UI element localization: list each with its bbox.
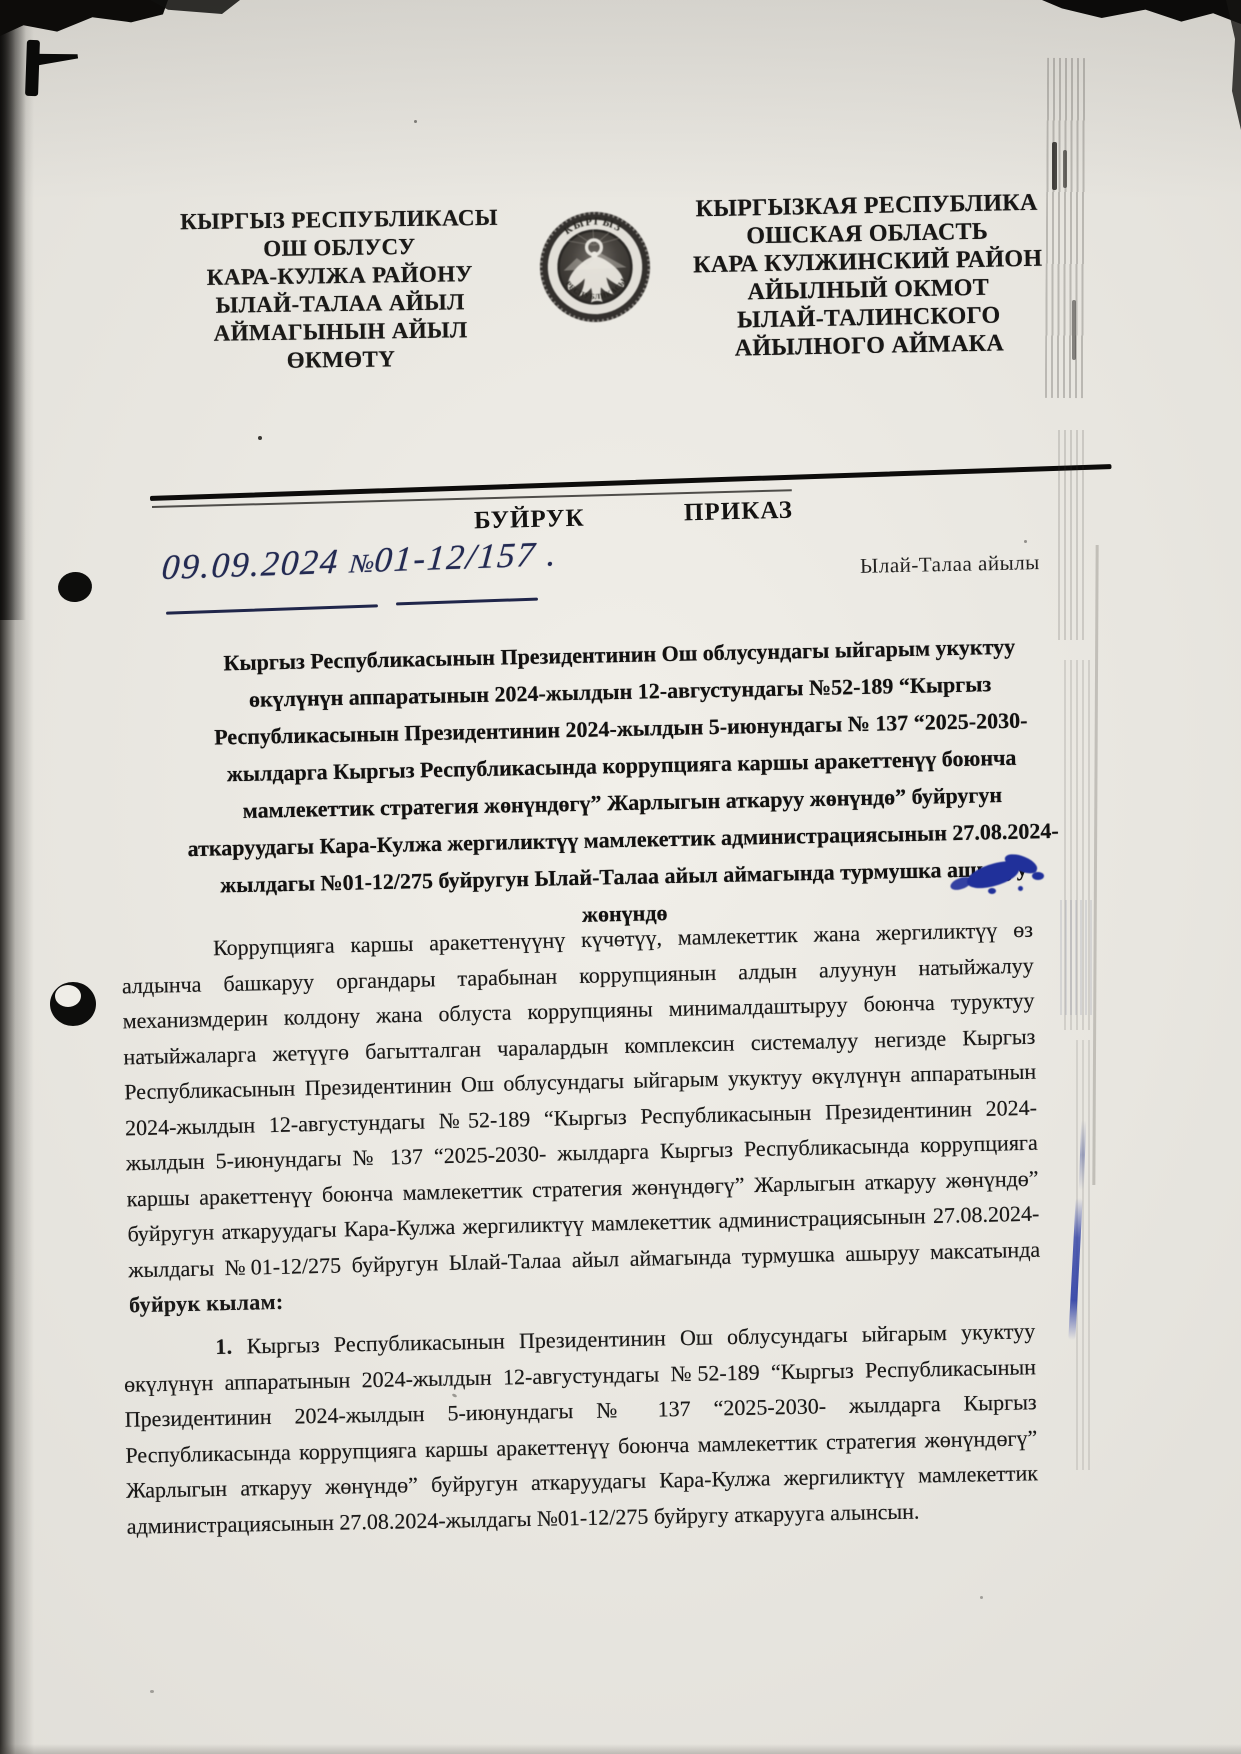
scan-streaks xyxy=(1045,58,1087,398)
dust-speck xyxy=(1024,540,1027,543)
corner-bracket-mark xyxy=(25,40,40,96)
blue-ink-blot xyxy=(948,852,1058,907)
dust-speck xyxy=(258,436,262,440)
scan-streaks xyxy=(1058,430,1088,640)
preamble-text: Коррупцияга каршы аракеттенүүнү күчөтүү,… xyxy=(122,917,1041,1282)
doc-type-kyrgyz: БУЙРУК xyxy=(474,505,585,536)
emblem-graphic: КЫРГЫЗ РЕСПУБЛИКАСЫ xyxy=(533,205,657,329)
dust-speck xyxy=(150,1690,154,1693)
doc-type-russian: ПРИКАЗ xyxy=(684,497,794,528)
item-number: 1. xyxy=(215,1334,233,1359)
scan-edge-left-dark xyxy=(0,0,26,620)
issue-place: Ылай-Талаа айылы xyxy=(860,550,1040,579)
scan-mark xyxy=(1063,150,1067,188)
item-text: Кыргыз Республикасынын Президентинин Ош … xyxy=(124,1318,1038,1538)
number-sign: № xyxy=(349,549,376,579)
letterhead-line: ӨКМӨТҮ xyxy=(173,344,509,377)
scan-mark xyxy=(1052,142,1057,190)
kyrgyz-coat-of-arms-emblem: КЫРГЫЗ РЕСПУБЛИКАСЫ xyxy=(533,205,657,329)
handwritten-date: 09.09.2024 xyxy=(160,542,341,587)
scanned-order-page: КЫРГЫЗ РЕСПУБЛИКАСЫ ОШ ОБЛУСУ КАРА-КУЛЖА… xyxy=(0,0,1241,1754)
preamble-paragraph: Коррупцияга каршы аракеттенүүнү күчөтүү,… xyxy=(121,912,1042,1323)
scan-edge-bottom xyxy=(0,1744,1241,1754)
letterhead-kyrgyz: КЫРГЫЗ РЕСПУБЛИКАСЫ ОШ ОБЛУСУ КАРА-КУЛЖА… xyxy=(171,204,509,377)
scan-mark xyxy=(1072,300,1076,360)
decree-phrase: буйрук кылам: xyxy=(129,1289,284,1317)
dust-speck xyxy=(414,120,417,123)
scan-streaks xyxy=(1060,900,1092,1015)
hole-punch-mark xyxy=(50,982,96,1026)
letterhead-line: АЙМАГЫНЫН АЙЫЛ xyxy=(172,316,508,349)
dust-speck xyxy=(980,1596,983,1599)
handwritten-number: 01-12/157 xyxy=(373,535,538,580)
order-title: Кыргыз Республикасынын Президентинин Ош … xyxy=(159,626,1085,941)
order-item-1: 1. Кыргыз Республикасынын Президентинин … xyxy=(123,1313,1039,1543)
letterhead-russian: КЫРГЫЗКАЯ РЕСПУБЛИКА ОШСКАЯ ОБЛАСТЬ КАРА… xyxy=(656,188,1079,364)
letterhead-line: КЫРГЫЗ РЕСПУБЛИКАСЫ xyxy=(171,204,507,237)
